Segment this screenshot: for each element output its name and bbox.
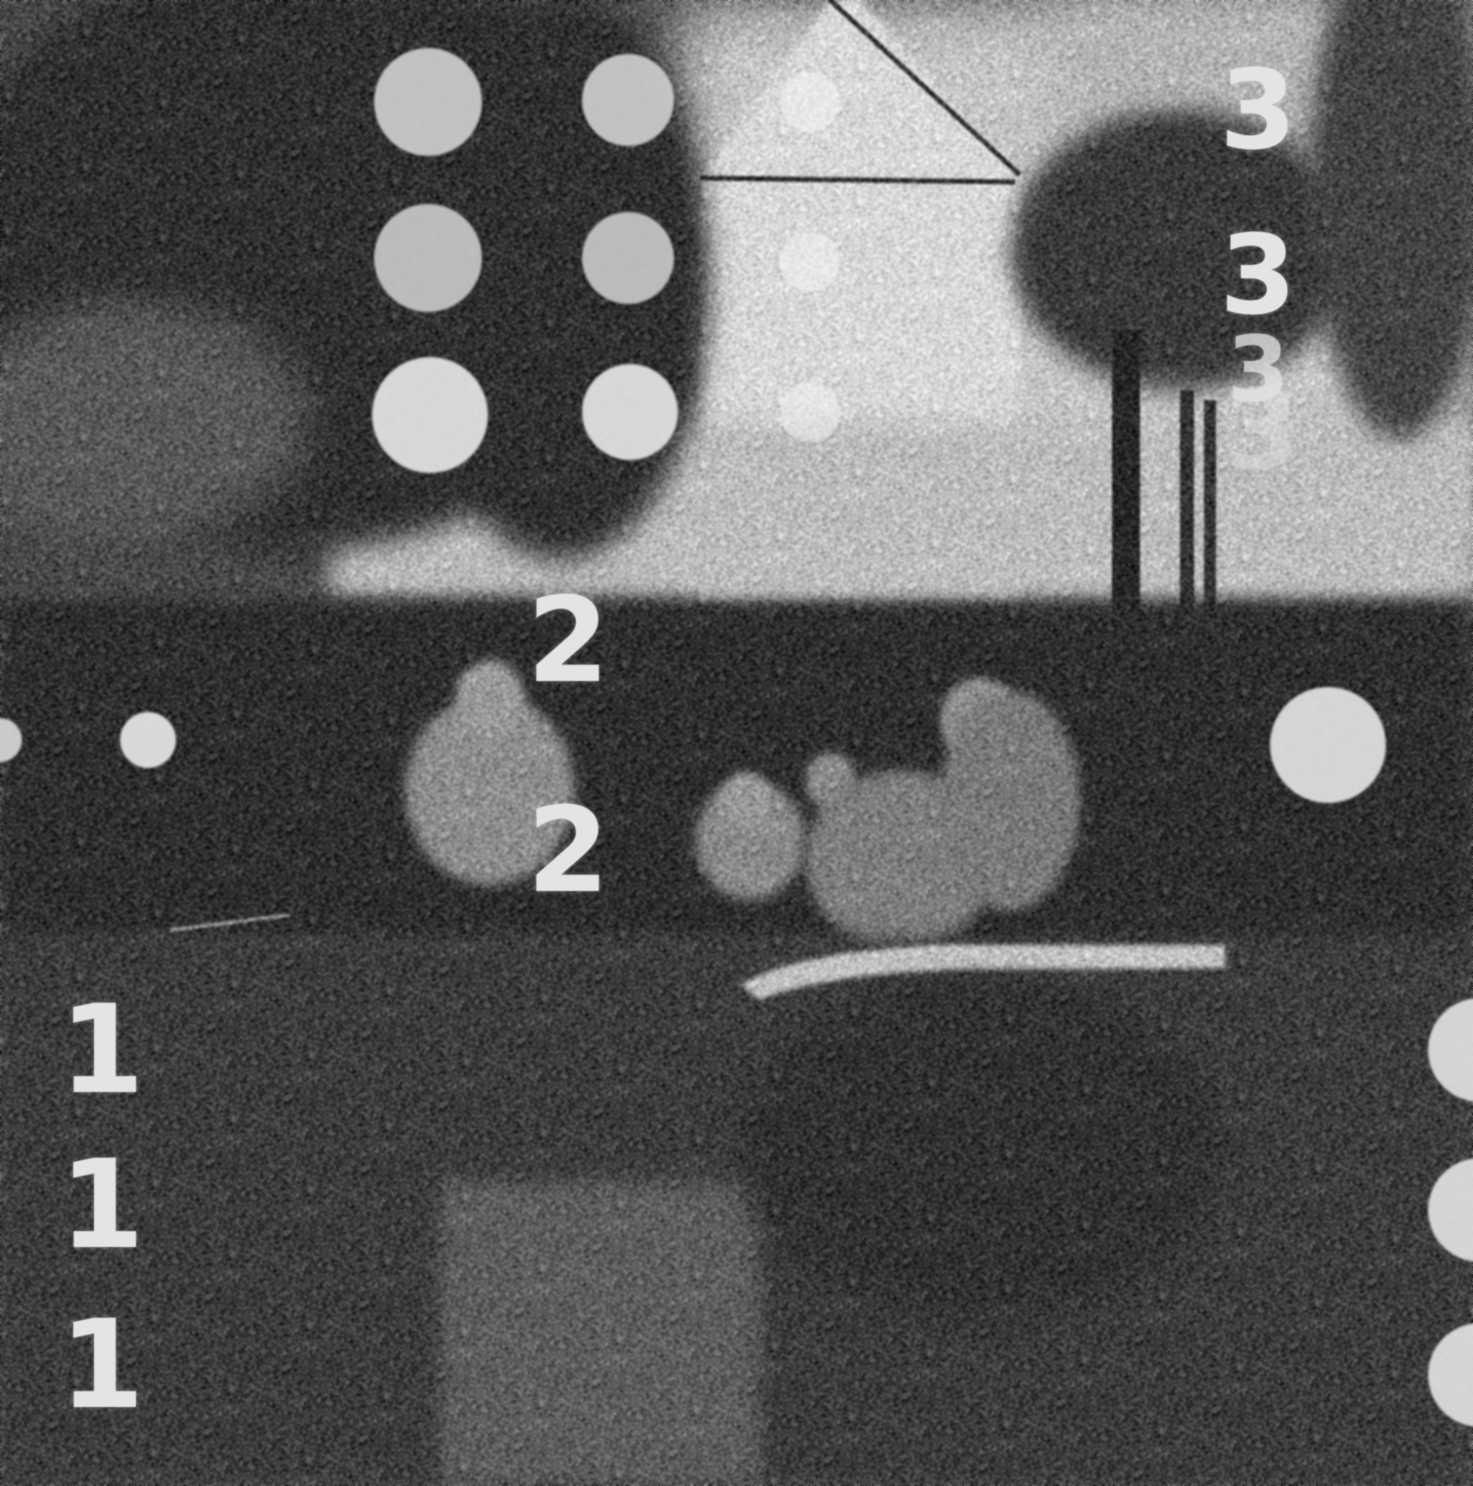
backyard-photo (0, 0, 1473, 1486)
